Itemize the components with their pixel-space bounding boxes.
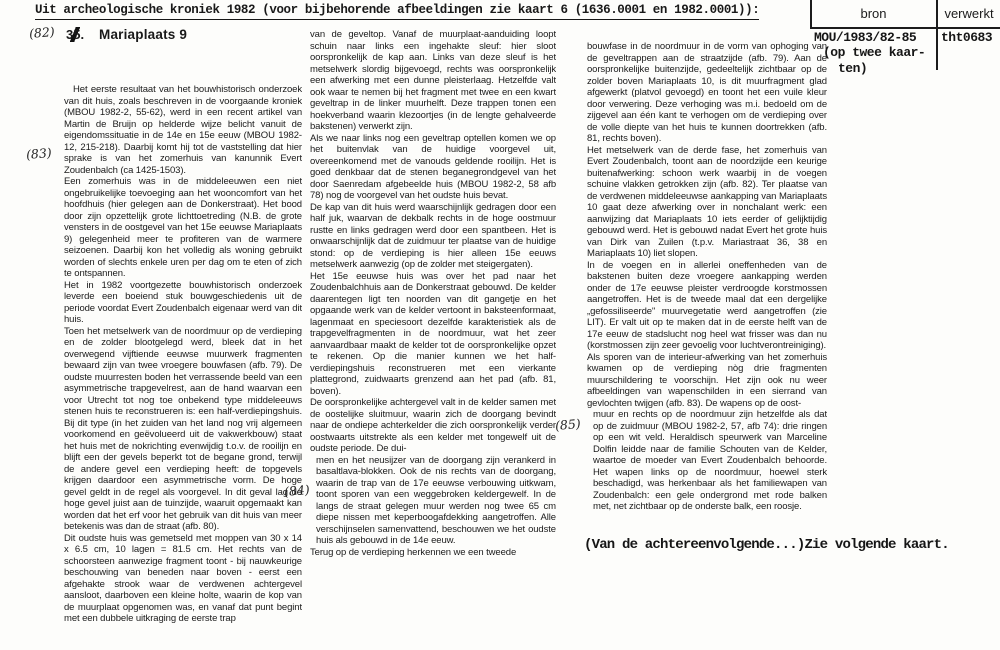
paragraph: Het eerste resultaat van het bouwhistori… bbox=[64, 84, 302, 176]
text-column-left: Het eerste resultaat van het bouwhistori… bbox=[64, 84, 302, 646]
article-title: Mariaplaats 9 bbox=[99, 27, 187, 42]
paragraph: In de voegen en in allerlei oneffenheden… bbox=[587, 260, 827, 352]
table-header-rule bbox=[810, 27, 1000, 29]
paragraph: Het 15e eeuwse huis was over het pad naa… bbox=[310, 271, 556, 398]
verwerkt-value: tht0683 bbox=[941, 30, 992, 45]
margin-ref-85: (85) bbox=[554, 416, 581, 433]
paragraph: Toen het metselwerk van de noordmuur op … bbox=[64, 326, 302, 533]
struck-out-article-number: 35. bbox=[64, 27, 86, 42]
margin-ref-83: (83) bbox=[25, 145, 52, 162]
paragraph: van de geveltop. Vanaf de muurplaat-aand… bbox=[310, 29, 556, 133]
paragraph: Het in 1982 voortgezette bouwhistorisch … bbox=[64, 280, 302, 326]
paragraph: muur en rechts op de noordmuur zijn hetz… bbox=[587, 409, 827, 513]
paragraph: Terug op de verdieping herkennen we een … bbox=[310, 547, 556, 559]
margin-ref-82: (82) bbox=[28, 24, 55, 41]
text-column-right: bouwfase in de noordmuur in de vorm van … bbox=[587, 41, 827, 536]
paragraph: De kap van dit huis werd waarschijnlijk … bbox=[310, 202, 556, 271]
bron-value: MOU/1983/82-85 bbox=[814, 30, 916, 45]
paragraph: men en het neusijzer van de doorgang zij… bbox=[310, 455, 556, 547]
paragraph: De oorspronkelijke achtergevel valt in d… bbox=[310, 397, 556, 455]
paragraph: Een zomerhuis was in de middeleeuwen een… bbox=[64, 176, 302, 280]
paragraph: bouwfase in de noordmuur in de vorm van … bbox=[587, 41, 827, 145]
paragraph: Het metselwerk van de derde fase, het zo… bbox=[587, 145, 827, 260]
chronicle-header-title: Uit archeologische kroniek 1982 (voor bi… bbox=[35, 3, 759, 20]
paragraph: Dit oudste huis was gemetseld met moppen… bbox=[64, 533, 302, 625]
text-column-middle: van de geveltop. Vanaf de muurplaat-aand… bbox=[310, 29, 556, 621]
continuation-note: (Van de achtereenvolgende...)Zie volgend… bbox=[584, 537, 949, 553]
paragraph: Als we naar links nog een geveltrap opte… bbox=[310, 133, 556, 202]
table-header-bron: bron bbox=[811, 6, 936, 21]
bron-note-line2: ten) bbox=[838, 61, 867, 76]
scanned-document-page: Uit archeologische kroniek 1982 (voor bi… bbox=[0, 0, 1000, 650]
paragraph: Als sporen van de interieur-afwerking va… bbox=[587, 352, 827, 410]
bron-note-line1: (op twee kaar- bbox=[823, 45, 925, 60]
table-header-verwerkt: verwerkt bbox=[938, 6, 1000, 21]
